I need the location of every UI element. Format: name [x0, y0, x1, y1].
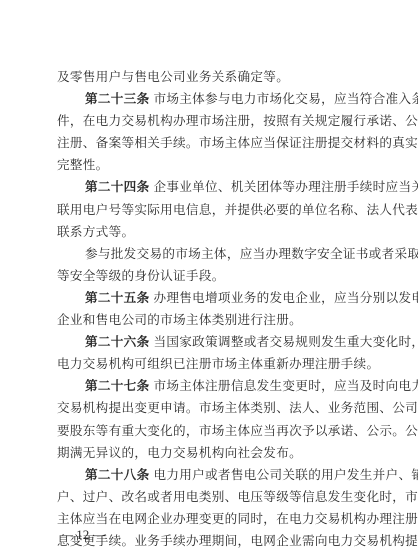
article-number: 第二十七条	[85, 378, 149, 393]
article-number: 第二十四条	[85, 179, 149, 194]
paragraph-line: 企业和售电公司的市场主体类别进行注册。	[57, 309, 361, 331]
paragraph-line: 联用电户号等实际用电信息，并提供必要的单位名称、法人代表、	[57, 199, 361, 221]
article-text: 办理售电增项业务的发电企业，应当分别以发电	[153, 290, 418, 305]
paragraph-line: 期满无异议的，电力交易机构向社会发布。	[57, 442, 361, 464]
article-text: 当国家政策调整或者交易规则发生重大变化时，	[153, 334, 418, 349]
article-text: 市场主体参与电力市场化交易，应当符合准入条	[153, 91, 418, 106]
article-28-line-1: 第二十八条电力用户或者售电公司关联的用户发生并户、销	[57, 464, 361, 486]
paragraph-line: 及零售用户与售电公司业务关系确定等。	[57, 66, 361, 88]
paragraph-line: 完整性。	[57, 154, 361, 176]
paragraph-line: 户、过户、改名或者用电类别、电压等级等信息发生变化时，市场	[57, 486, 361, 508]
article-24-line-1: 第二十四条企事业单位、机关团体等办理注册手续时应当关	[57, 176, 361, 198]
article-number: 第二十六条	[85, 334, 149, 349]
paragraph-line: 件，在电力交易机构办理市场注册，按照有关规定履行承诺、公示、	[57, 110, 361, 132]
article-23-line-1: 第二十三条市场主体参与电力市场化交易，应当符合准入条	[57, 88, 361, 110]
article-25-line-1: 第二十五条办理售电增项业务的发电企业，应当分别以发电	[57, 287, 361, 309]
article-number: 第二十五条	[85, 290, 149, 305]
document-page: 及零售用户与售电公司业务关系确定等。 第二十三条市场主体参与电力市场化交易，应当…	[57, 66, 361, 548]
page-number: — 12 —	[60, 527, 106, 543]
paragraph-line: 注册、备案等相关手续。市场主体应当保证注册提交材料的真实性、	[57, 132, 361, 154]
article-26-line-1: 第二十六条当国家政策调整或者交易规则发生重大变化时，	[57, 331, 361, 353]
paragraph-line: 参与批发交易的市场主体，应当办理数字安全证书或者采取同	[57, 243, 361, 265]
article-text: 电力用户或者售电公司关联的用户发生并户、销	[153, 467, 418, 482]
paragraph-line: 要股东等有重大变化的，市场主体应当再次予以承诺、公示。公示	[57, 420, 361, 442]
article-text: 企事业单位、机关团体等办理注册手续时应当关	[153, 179, 418, 194]
paragraph-line: 联系方式等。	[57, 221, 361, 243]
article-number: 第二十八条	[85, 467, 149, 482]
article-27-line-1: 第二十七条市场主体注册信息发生变更时，应当及时向电力	[57, 375, 361, 397]
paragraph-line: 电力交易机构可组织已注册市场主体重新办理注册手续。	[57, 353, 361, 375]
paragraph-line: 等安全等级的身份认证手段。	[57, 265, 361, 287]
article-text: 市场主体注册信息发生变更时，应当及时向电力	[153, 378, 418, 393]
article-number: 第二十三条	[85, 91, 149, 106]
paragraph-line: 交易机构提出变更申请。市场主体类别、法人、业务范围、公司主	[57, 397, 361, 419]
